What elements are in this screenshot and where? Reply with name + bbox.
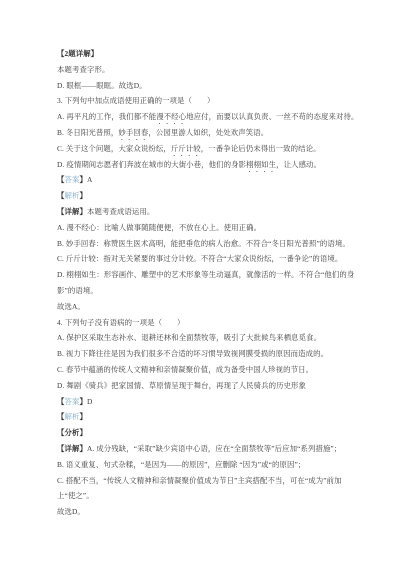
doc-line: 【解析】 xyxy=(57,188,377,204)
doc-line: 故选D。 xyxy=(57,504,377,520)
doc-line: 故选A。 xyxy=(57,299,377,315)
highlighted-label: 解析 xyxy=(65,191,80,200)
doc-line: D. 疫情期间志愿者们奔波在城市的大街小巷，他们的身影栩栩如生，让人感动。 xyxy=(57,157,377,173)
doc-line: A. 保护区采取生态补水、退耕还林和全面禁牧等，吸引了大批候鸟来栖息觅食。 xyxy=(57,330,377,346)
doc-line: 【答案】A xyxy=(57,172,377,188)
exam-answer-page: 【2题详解】本题考查字形。D. 眼框——眼眶。故选D。3. 下列句中加点成语使用… xyxy=(0,0,396,561)
emphasized-idiom: 栩栩如生 xyxy=(246,160,276,169)
highlighted-label: 解析 xyxy=(65,412,80,421)
doc-line: B. 冬日阳光普照，妙手回春，公园里游人如织，处处欢声笑语。 xyxy=(57,125,377,141)
doc-line: 【解析】 xyxy=(57,409,377,425)
doc-line: 本题考查字形。 xyxy=(57,62,377,78)
doc-line: D. 眼框——眼眶。故选D。 xyxy=(57,78,377,94)
doc-line: C. 搭配不当，“传统人文精神和亲情凝聚价值成为节日”主宾搭配不当，可在“成为”… xyxy=(57,473,377,489)
doc-line: 4. 下列句子没有语病的一项是（ ） xyxy=(57,315,377,331)
doc-line: 【详解】A. 成分残缺，“采取”缺少宾语中心语，应在“全面禁牧等”后应加“系列措… xyxy=(57,441,377,457)
doc-line: 【分析】 xyxy=(57,425,377,441)
doc-line: C. 春节中蕴涵的传统人文精神和亲情凝聚价值，成为备受中国人珍视的节日。 xyxy=(57,362,377,378)
emphasized-idiom: 妙手回春 xyxy=(118,128,148,137)
doc-line: B. 视力下降往往是因为我们很多不合适的坏习惯导致视网膜受损的原因而造成的。 xyxy=(57,346,377,362)
doc-line: C. 斤斤计较：指对无关紧要的事过分计较。不符合“大家众说纷纭，一番争论”的语境… xyxy=(57,251,377,267)
doc-line: A. 再平凡的工作，我们都不能漫不经心地应付，而要以认真负责、一丝不苟的态度来对… xyxy=(57,109,377,125)
doc-line: 影”的语境。 xyxy=(57,283,377,299)
doc-line: A. 漫不经心：比喻人做事随随便便，不放在心上。使用正确。 xyxy=(57,220,377,236)
doc-line: 【2题详解】 xyxy=(57,46,377,62)
doc-line: 上“使之”。 xyxy=(57,488,377,504)
highlighted-label: 答案 xyxy=(65,397,80,406)
doc-line: 【答案】D xyxy=(57,394,377,410)
emphasized-idiom: 斤斤计较 xyxy=(171,144,201,153)
document-body: 【2题详解】本题考查字形。D. 眼框——眼眶。故选D。3. 下列句中加点成语使用… xyxy=(57,46,377,520)
doc-line: B. 语义重复、句式杂糅，“是因为——的原因”，应删除 “因为”或“的原因”； xyxy=(57,457,377,473)
doc-line: C. 关于这个问题，大家众说纷纭，斤斤计较，一番争论后仍未得出一致的结论。 xyxy=(57,141,377,157)
doc-line: D. 舞剧《骑兵》把家国情、草原情呈现于舞台，再现了人民骑兵的历史形象 xyxy=(57,378,377,394)
doc-line: D. 栩栩如生：形容画作、雕塑中的艺术形象等生动逼真，就像活的一样。不符合“他们… xyxy=(57,267,377,283)
doc-line: B. 妙手回春：称赞医生医术高明，能把垂危的病人治愈。不符合“冬日阳光普照”的语… xyxy=(57,236,377,252)
highlighted-label: 答案 xyxy=(65,175,80,184)
doc-line: 【详解】本题考查成语运用。 xyxy=(57,204,377,220)
doc-line: 3. 下列句中加点成语使用正确的一项是（ ） xyxy=(57,93,377,109)
emphasized-idiom: 漫不经心 xyxy=(156,112,186,121)
